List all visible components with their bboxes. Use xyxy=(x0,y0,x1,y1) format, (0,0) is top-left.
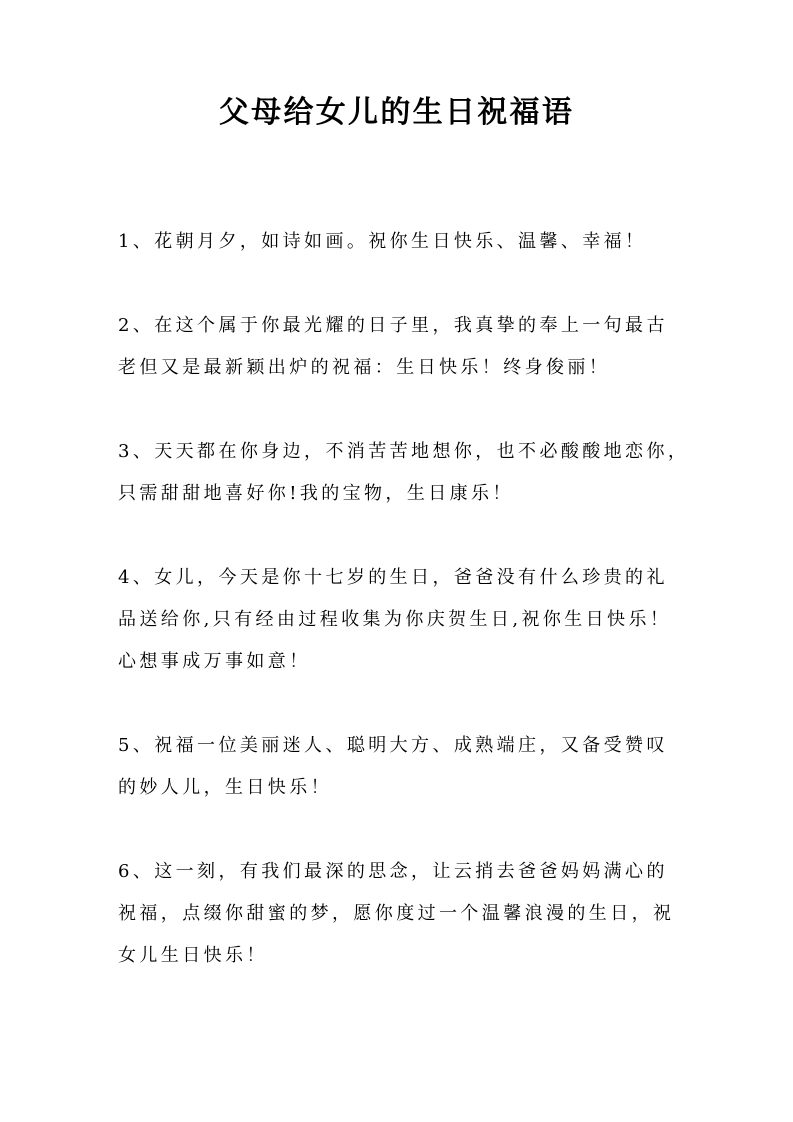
paragraph-4: 4、女儿，今天是你十七岁的生日，爸爸没有什么珍贵的礼 品送给你,只有经由过程收集… xyxy=(118,557,675,683)
paragraph-line: 女儿生日快乐！ xyxy=(118,935,675,977)
paragraph-line: 祝福，点缀你甜蜜的梦，愿你度过一个温馨浪漫的生日，祝 xyxy=(118,893,675,935)
paragraph-6: 6、这一刻，有我们最深的思念，让云捎去爸爸妈妈满心的 祝福，点缀你甜蜜的梦，愿你… xyxy=(118,851,675,977)
paragraph-line: 的妙人儿，生日快乐！ xyxy=(118,767,675,809)
paragraph-line: 5、祝福一位美丽迷人、聪明大方、成熟端庄，又备受赞叹 xyxy=(118,725,675,767)
paragraph-1: 1、花朝月夕，如诗如画。祝你生日快乐、温馨、幸福！ xyxy=(118,221,675,263)
paragraph-2: 2、在这个属于你最光耀的日子里，我真挚的奉上一句最古 老但又是最新颖出炉的祝福：… xyxy=(118,305,675,389)
paragraph-line: 品送给你,只有经由过程收集为你庆贺生日,祝你生日快乐！ xyxy=(118,599,675,641)
paragraph-line: 2、在这个属于你最光耀的日子里，我真挚的奉上一句最古 xyxy=(118,305,675,347)
page-title: 父母给女儿的生日祝福语 xyxy=(0,0,793,134)
paragraph-line: 心想事成万事如意！ xyxy=(118,641,675,683)
paragraph-line: 只需甜甜地喜好你!我的宝物，生日康乐！ xyxy=(118,473,675,515)
document-body: 1、花朝月夕，如诗如画。祝你生日快乐、温馨、幸福！ 2、在这个属于你最光耀的日子… xyxy=(0,221,793,977)
paragraph-line: 3、天天都在你身边，不消苦苦地想你，也不必酸酸地恋你， xyxy=(118,431,675,473)
paragraph-3: 3、天天都在你身边，不消苦苦地想你，也不必酸酸地恋你， 只需甜甜地喜好你!我的宝… xyxy=(118,431,675,515)
paragraph-line: 4、女儿，今天是你十七岁的生日，爸爸没有什么珍贵的礼 xyxy=(118,557,675,599)
paragraph-5: 5、祝福一位美丽迷人、聪明大方、成熟端庄，又备受赞叹 的妙人儿，生日快乐！ xyxy=(118,725,675,809)
document-page: 父母给女儿的生日祝福语 1、花朝月夕，如诗如画。祝你生日快乐、温馨、幸福！ 2、… xyxy=(0,0,793,1122)
paragraph-line: 老但又是最新颖出炉的祝福：生日快乐！终身俊丽！ xyxy=(118,347,675,389)
paragraph-line: 6、这一刻，有我们最深的思念，让云捎去爸爸妈妈满心的 xyxy=(118,851,675,893)
paragraph-line: 1、花朝月夕，如诗如画。祝你生日快乐、温馨、幸福！ xyxy=(118,221,675,263)
